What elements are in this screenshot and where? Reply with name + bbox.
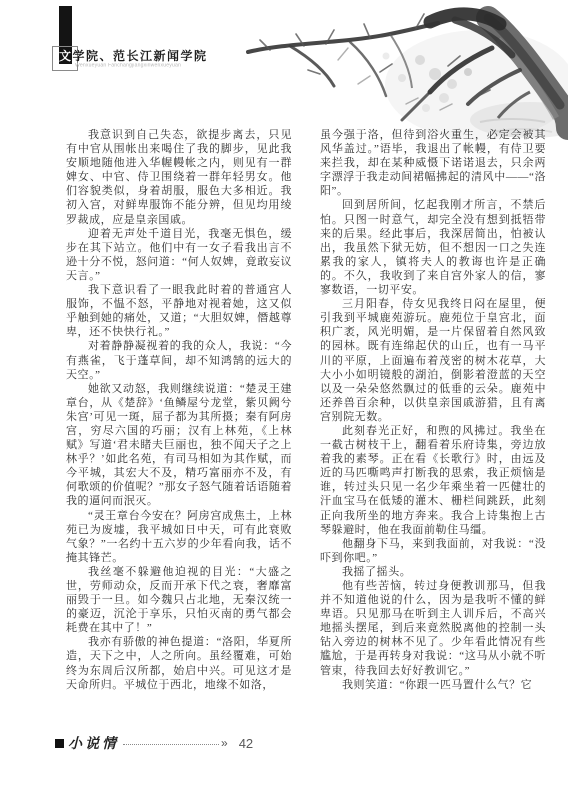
page-title-rest: 学院、范长江新闻学院 xyxy=(73,49,208,63)
paragraph: “灵王章台今安在？阿房宫成焦土，上林苑已为废墟，我平城如日中天，可有此衰败气象？… xyxy=(66,509,292,565)
page-subtitle-pinyin: Wenxueyuan Fanchangjiangxinwenxueyuan xyxy=(75,63,181,68)
footer-dotted-line xyxy=(123,744,219,745)
page-number: 42 xyxy=(239,736,253,751)
paragraph: 我则笑道：“你跟一匹马置什么气？它 xyxy=(320,678,546,692)
section-name: 小说情 xyxy=(68,733,119,753)
page-title-first-char: 文 xyxy=(59,49,73,63)
left-column: 我意识到自己失态，欲提步离去，只见有中官从围帐出来喝住了我的脚步，见此我安顺地随… xyxy=(66,128,292,692)
paragraph: 迎着无声处千道目光，我毫无惧色，缓步在其下站立。他们中有一女子看我出言不逊十分不… xyxy=(66,227,292,283)
page-title: 文学院、范长江新闻学院 xyxy=(59,47,208,64)
paragraph: 三月阳春，侍女见我终日闷在屋里，便引我到平城鹿苑游玩。鹿苑位于皇宫北，面积广袤，… xyxy=(320,297,546,424)
paragraph: 此刻春光正好，和煦的风拂过。我坐在一截古树枝干上，翻看着乐府诗集，旁边放着我的素… xyxy=(320,424,546,537)
page-footer: 小说情 » 42 xyxy=(55,733,253,753)
paragraph: 我亦有骄傲的神色提道：“洛阳，华夏所造，天下之中，人之所向。虽经覆难，可始终为东… xyxy=(66,635,292,691)
footer-arrow-icon: » xyxy=(221,736,227,750)
paragraph: 虽今强于洛，但待到浴火重生，必定会被其风华盖过。”语毕，我退出了帐幔，有侍卫要来… xyxy=(320,128,546,198)
footer-square-icon xyxy=(55,739,64,748)
paragraph: 他翻身下马，来到我面前，对我说：“没吓到你吧。” xyxy=(320,537,546,565)
magazine-page: 文学院、范长江新闻学院 Wenxueyuan Fanchangjiangxinw… xyxy=(0,0,568,800)
right-column: 虽今强于洛，但待到浴火重生，必定会被其风华盖过。”语毕，我退出了帐幔，有侍卫要来… xyxy=(320,128,546,692)
paragraph: 我摇了摇头。 xyxy=(320,565,546,579)
paragraph: 我下意识看了一眼我此时着的普通宫人服饰，不愠不怒，平静地对视着她，这又似乎触到她… xyxy=(66,283,292,339)
paragraph: 回到居所间，忆起我刚才所言，不禁后怕。只图一时意气，却完全没有想到抵牾带来的后果… xyxy=(320,198,546,297)
paragraph: 他有些苦恼，转过身便教训那马，但我并不知道他说的什么，因为是我听不懂的鲜卑语。只… xyxy=(320,579,546,678)
paragraph: 我意识到自己失态，欲提步离去，只见有中官从围帐出来喝住了我的脚步，见此我安顺地随… xyxy=(66,128,292,227)
paragraph: 对着静静凝视着的我的众人，我说：“今有燕雀，飞于蓬草间，却不知鸿鹄的远大的天空。… xyxy=(66,339,292,381)
paragraph: 我丝毫不躲避他迫视的目光：“大盛之世，劳师动众，反而开承下代之衰，奢靡富丽毁于一… xyxy=(66,565,292,635)
article-body: 我意识到自己失态，欲提步离去，只见有中官从围帐出来喝住了我的脚步，见此我安顺地随… xyxy=(66,128,546,692)
paragraph: 她欲又动怒，我则继续说道：“楚灵王建章台，从《楚辞》‘鱼鳞屋兮龙堂，紫贝阙兮朱宫… xyxy=(66,382,292,509)
